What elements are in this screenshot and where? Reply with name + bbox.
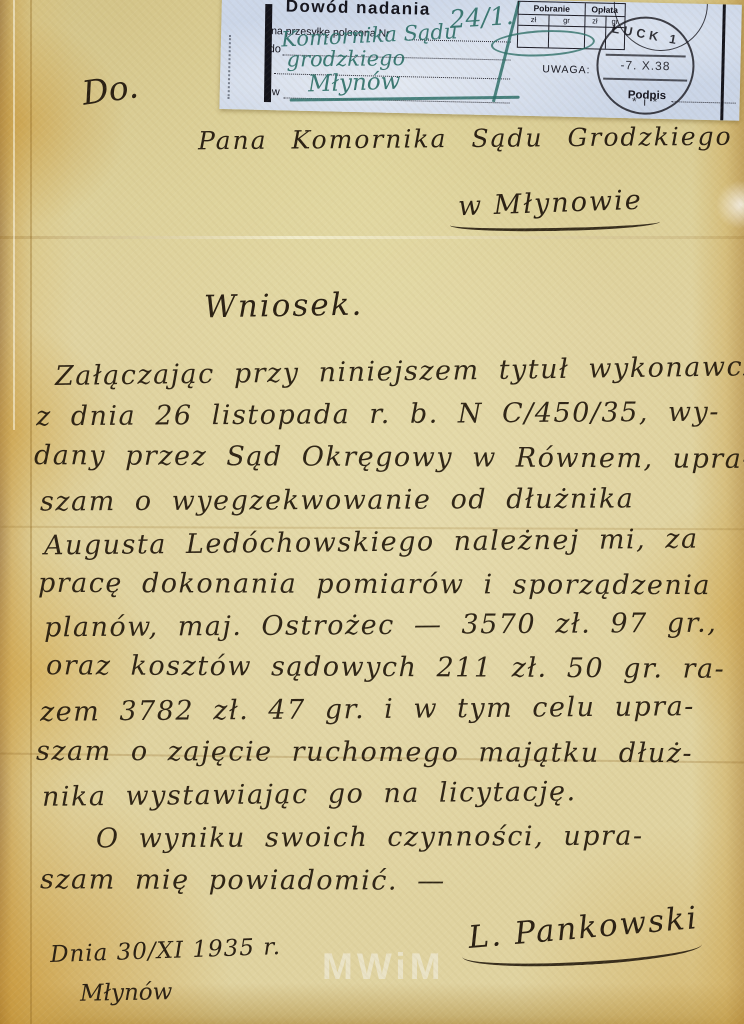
handwritten-addressee-line2: grodzkiego xyxy=(286,46,405,71)
handwritten-line: planów, maj. Ostrożec — 3570 zł. 97 gr., xyxy=(44,608,717,644)
handwritten-oval-scribble xyxy=(490,28,595,59)
handwritten-line: pracę dokonania pomiarów i sporządzenia xyxy=(38,568,711,601)
handwritten-line: szam o wyegzekwowanie od dłużnika xyxy=(40,483,634,517)
handwritten-line: nika wystawiając go na licytację. xyxy=(42,776,577,813)
vertical-fold-crease xyxy=(30,0,32,1024)
archive-watermark: MWiM xyxy=(322,946,445,988)
handwritten-place: Młynów xyxy=(308,69,401,98)
handwritten-line: z dnia 26 listopada r. b. N C/450/35, wy… xyxy=(36,397,720,433)
margin-perforation-line xyxy=(228,35,231,99)
uwaga-label: UWAGA: xyxy=(542,63,590,76)
postmark-line xyxy=(606,54,686,58)
horizontal-fold-crease xyxy=(0,236,744,239)
letter-place: Młynów xyxy=(80,979,173,1007)
letter-to-prefix: Do. xyxy=(80,66,141,112)
handwritten-line: Augusta Ledóchowskiego należnej mi, za xyxy=(44,524,699,562)
letter-addressee-line1: Pana Komornika Sądu Grodzkiego xyxy=(198,122,733,156)
handwritten-registration-number: 24/1. xyxy=(449,1,515,34)
fee-col-pobranie: Pobranie xyxy=(519,3,585,14)
handwritten-line: szam mię powiadomić. — xyxy=(40,864,446,896)
receipt-title: Dowód nadania xyxy=(285,0,431,20)
vertical-fold-crease xyxy=(13,0,15,430)
letter-date: Dnia 30/XI 1935 r. xyxy=(50,934,282,968)
letter-heading: Wniosek. xyxy=(204,287,364,326)
postmark-date: -7. X.38 xyxy=(598,58,692,74)
postal-receipt-form: Dowód nadania na przesyłkę poleconą Nr d… xyxy=(219,0,741,121)
handwritten-line: zem 3782 zł. 47 gr. i w tym celu upra- xyxy=(40,691,695,728)
handwritten-line: Załączając przy niniejszem tytuł wykonaw… xyxy=(55,351,744,392)
handwritten-line: szam o zajęcie ruchomego majątku dłuż- xyxy=(36,736,693,769)
fee-sub-zl: zł xyxy=(518,15,548,25)
addressee-label: do xyxy=(269,43,282,55)
handwritten-line: oraz kosztów sądowych 211 zł. 50 gr. ra- xyxy=(46,650,725,685)
handwritten-line: O wyniku swoich czynności, upra- xyxy=(96,821,644,855)
scanned-letter-page: MWiM Dowód nadania na przesyłkę poleconą… xyxy=(0,0,744,1024)
fee-sub-gr: gr xyxy=(548,15,584,25)
postmark-line xyxy=(603,78,687,82)
place-label: w xyxy=(272,86,280,98)
podpis-label: Podpis xyxy=(628,89,667,102)
handwritten-line: dany przez Sąd Okręgowy w Równem, upra- xyxy=(34,440,744,475)
